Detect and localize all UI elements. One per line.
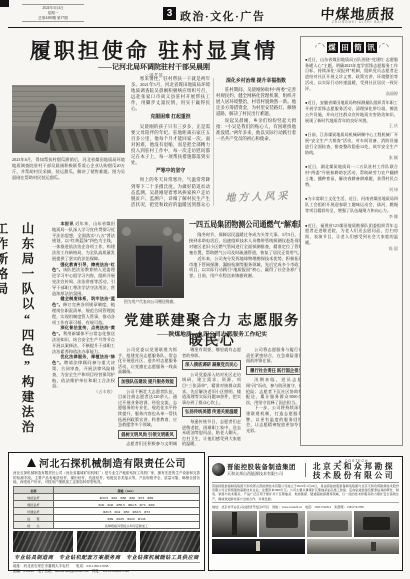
brief-item: ●为丰富职工文化生活，近日，河南省煤田地质局四队工会组织开展迎春职工趣味运动会，… — [305, 196, 398, 219]
paragraph: 公司党委以党建联建为抓手，组建党员志愿服务队，常态化开展进社区、进乡村志愿服务活… — [118, 347, 177, 375]
paragraph: 强化教育引导，擦亮法治“红色”。该队把法治教育纳入党委理论学习中心组学习内容，组… — [52, 262, 115, 297]
ad2-header: 晋能控股装备制造集团 天和众邦山西能源技术有限公司 ◣ COSTECH 北京天和… — [212, 459, 399, 483]
header-divider — [305, 463, 306, 477]
brief-text: ●近日，安徽省煤田地质局物探测量队组织青年职工开展学雷锋志愿服务活动，清理绿化带… — [305, 100, 398, 122]
article2-signoff: （占丰收） — [52, 389, 115, 395]
brief-item: ●近日，安徽省煤田地质局物探测量队组织青年职工开展学雷锋志愿服务活动，清理绿化带… — [305, 100, 398, 129]
lead-subhead-1: 克服困难 扛起重担 — [131, 115, 210, 121]
table-cell: 坑道钻杆 — [14, 508, 54, 515]
lead-photo-caption: 2023年6月，得知帮扶村甜瓜滞销后，河北省煤田地质局环境地质调查院驻村干部吴晨… — [12, 157, 125, 181]
drill-tower-photo — [212, 511, 257, 537]
article4-byline: □ 田双平 — [117, 338, 307, 344]
ad1-product-photos — [13, 531, 200, 552]
lead-text: 近年来，山东省煤田地质局一队深入学习宣传贯彻习近平法治思想，全面落实“八五”普法… — [52, 221, 115, 261]
table-cell: 煤田钻杆 — [14, 501, 54, 508]
article3-photo — [117, 219, 184, 298]
ad1-company-name: 河北石探机械制造有限责任公司 — [39, 455, 186, 470]
section-title: 政治·文化·广告 — [180, 8, 265, 24]
drill-rod-photo — [77, 531, 137, 552]
night-drilling-photo — [212, 539, 305, 554]
brief-item: ●近日，福建省121煤田地质勘探队团委组织青年志愿者走进敬老院，为老人们送去慰问… — [305, 223, 398, 252]
article4-boxed-subhead: 弘扬传统美德 传递关爱温暖 — [182, 407, 241, 417]
ad-costech: 晋能控股装备制造集团 天和众邦山西能源技术有限公司 ◣ COSTECH 北京天和… — [208, 456, 403, 571]
article4-boxed-subhead: 深入摸底调研 凝聚党员民心 — [182, 360, 241, 370]
ad1-contact-line-2: 邮编：050298 电子信箱：shitanchang@sohu.com 网址：w… — [13, 569, 200, 574]
briefs-decor-arc — [312, 40, 326, 54]
ad1-slogan: 专业钻具制造商 专业钻机配套方案服务商 专业钻探机械随钻工具供应商 — [13, 554, 200, 561]
lead-article-photo — [12, 85, 125, 153]
brief-item: ●近日，湖北煤炭地质局一二五队驻村工作队联合村“两委”开展春耕助农活动，帮助缺劳… — [305, 164, 398, 193]
article4-boxed-subhead: 加强队伍建设 提升服务效能 — [118, 377, 177, 387]
briefs-title-char: 煤 — [327, 42, 338, 53]
brief-text: ●近日，山东省煤田地质局五队围绕“党建红·志愿服务暖人心”主题，明确2023年度… — [305, 57, 398, 91]
paragraph: 寒来暑往，驻村帮扶一干就是两年多。2021年5月，河北省煤田地质局环境地质调查院… — [131, 76, 210, 113]
machine-unit-photo — [354, 511, 399, 537]
lead-tag: 本报讯 — [60, 221, 73, 226]
paragraph: 近年来，公司充分发挥地球物理勘探技术优势，积极拓展城市地下管网探测、漏损检测等服… — [189, 256, 307, 280]
table-row: 坑道钻杆Φ33.5 Φ42 Φ50 Φ63.5 Φ73 — [14, 508, 200, 515]
table-header-cell: 名称 — [14, 487, 54, 494]
brief-text: ●日前，江苏煤炭地质局机械研制中心工程机械厂开展“安全生产大排查”活动，对车间设… — [305, 132, 398, 154]
ad2-photo-row-1 — [212, 511, 399, 537]
article4-subtitle: ——陕煤地质一九四公司志愿服务工作纪实 — [117, 329, 307, 338]
table-row: 钻 铤Φ89 Φ105 Φ120 Φ146 — [14, 515, 200, 522]
lead-article-column-1: 寒来暑往，驻村帮扶一干就是两年多。2021年5月，河北省煤田地质局环境地质调查院… — [131, 76, 210, 208]
date-block: 2024年3月4日 星期一 总第4480期 第17期 — [22, 4, 84, 22]
article3-caption: 图为用户代表向公司赠送锦旗。 — [117, 300, 184, 305]
article4-boxed-subhead: 履行社会责任 践行国企担当 — [246, 366, 307, 376]
brief-signoff: 张 颖 — [305, 155, 398, 161]
paragraph: 说起吴晨刚，乡亲们纷纷竖起大拇指：“小吴是我们的贴心人，有困难找他准没错。”两年… — [216, 118, 296, 142]
table-cell: Φ33.5 Φ42 Φ50 Φ63.5 Φ73 — [53, 508, 199, 515]
ad2-photo-row-2 — [212, 539, 399, 554]
lead-subhead-3: 深化乡村治理 提升幸福指数 — [216, 79, 296, 85]
table-cell: Φ89 Φ105 Φ120 Φ146 — [53, 515, 199, 522]
photo-melon-sacks — [50, 129, 108, 151]
photo-wall-texture — [12, 85, 125, 126]
newspaper-page: 2024年3月4日 星期一 总第4480期 第17期 3 政治·文化·广告 中煤… — [0, 0, 410, 579]
briefs-box: 煤 田 简 讯 ●近日，山东省煤田地质局五队围绕“党建红·志愿服务暖人心”主题，… — [300, 36, 403, 446]
brief-item: ●日前，江苏煤炭地质局机械研制中心工程机械厂开展“安全生产大排查”活动，对车间设… — [305, 132, 398, 161]
ad2-org-line2: 天和众邦山西能源技术有限公司 — [227, 471, 302, 477]
paragraph: 驻村期间，吴晨刚协助村“两委”完善村规民约，健全网格化管理机制，组织开展人居环境… — [216, 87, 296, 117]
column-stamp: 地方人风采 — [219, 187, 297, 205]
table-row: 煤田钻杆Φ40 Φ46 Φ55.5 Φ63.5 Φ73 Φ89 — [14, 501, 200, 508]
briefs-title-char: 简 — [353, 42, 364, 53]
paragraph: 志愿者们还积极参与文明城市创建，开展环境整治、文明劝导等活动，用实际行动传播文明… — [118, 441, 177, 447]
briefs-decor-arc — [376, 40, 390, 54]
paragraph: 公司不断壮大志愿者队伍，目前注册志愿者达120余人。通过开展业务培训、经验交流，… — [118, 389, 177, 428]
article2-body: 本报讯 近年来，山东省煤田地质局一队深入学习宣传贯彻习近平法治思想，全面落实“八… — [52, 221, 115, 447]
paragraph: 隆冬时节，保障居民温暖过冬成为头等大事。3月5日，公司接到求助电话后，迅速组织技… — [189, 232, 307, 256]
table-cell: 接 头 — [14, 522, 54, 529]
paragraph: 本报讯 近年来，山东省煤田地质局一队深入学习宣传贯彻习近平法治思想，全面落实“八… — [52, 221, 115, 262]
lead-headline: 履职担使命 驻村显真情 — [12, 35, 296, 65]
page-number-badge: 3 — [163, 7, 176, 20]
brief-item: ●近日，山东省煤田地质局五队围绕“党建红·志愿服务暖人心”主题，明确2023年度… — [305, 57, 398, 97]
photo-person — [173, 233, 182, 242]
ad2-org-line1: 晋能控股装备制造集团 — [227, 462, 302, 471]
photo-banner-pennant — [135, 245, 163, 287]
paragraph: 健全制度体系，筑牢法治“蓝色”。修订完善各项规章制度，梳理岗位职责清单，规范合同… — [52, 296, 115, 325]
brief-signoff: 李 娜 — [305, 214, 398, 220]
paragraph: 汛期来临，党员志愿者闻“汛”而动，参与防汛值守、排水抢险；志愿者下沉社区协助物资… — [246, 377, 307, 405]
article4-column-2: 哪里有需要，哪里就有志愿者的身影。 深入摸底调研 凝聚党员民心 公司党委深入结对… — [182, 347, 241, 447]
crane-truck-photo — [307, 511, 352, 537]
paragraph: 下一步，公司将持续深化党建联建机制，打造志愿服务品牌，以更有温度的服务回馈社会，… — [246, 405, 307, 433]
drill-rig-photo — [259, 511, 304, 537]
briefs-title-char: 田 — [340, 42, 351, 53]
jinneng-logo-icon — [212, 463, 225, 476]
article2-vertical-headline: 山东局一队以“四色”构建法治工作新格局 — [14, 222, 40, 448]
table-cell: Φ40 Φ46 Φ55.5 Φ63.5 Φ73 Φ89 — [53, 501, 199, 508]
ad2-company-names: ◣ COSTECH 北京天和众邦勘探 技术股份有限公司 — [309, 459, 399, 480]
ad-hebei-shitan: 河北石探机械制造有限责任公司 河北石探机械制造有限责任公司（河北省藁城矿用机械厂… — [8, 452, 205, 571]
article4-column-1: 公司党委以党建联建为抓手，组建党员志愿服务队，常态化开展进社区、进乡村志愿服务活… — [118, 347, 177, 447]
company-logo-icon — [27, 458, 36, 467]
column-rule — [213, 78, 214, 206]
table-cell: 地质钻杆 — [14, 494, 54, 501]
paragraph: 公司将志愿服务与履行社会责任紧密结合，在急难险重任务面前冲锋在前。 — [246, 347, 307, 364]
table-cell: 各种规格异型接头均可定制加工 — [53, 522, 199, 529]
brief-signoff: 陈 晨 — [305, 246, 398, 252]
ad1-contact: 地址：河北省石家庄市藁城大丰屯村 电话：0311-88117058 邮编：050… — [13, 562, 200, 574]
masthead-subtitle: ZHONGMEI DIZHI BAO — [312, 20, 404, 24]
table-cell: 钻 铤 — [14, 515, 54, 522]
paragraph: 深化普法宣传，点亮法治“黄色”。利用新媒体平台常态化推送法治知识，结合安全生产月… — [52, 325, 115, 354]
table-row: 地质钻杆Φ33.5 Φ42 Φ50 Φ60 Φ73 Φ89 — [14, 494, 200, 501]
date-line-3: 总第4480期 第17期 — [22, 16, 84, 21]
table-header-cell: 规格（mm） — [53, 487, 199, 494]
ad2-name-line2: 技术股份有限公司 — [309, 472, 399, 481]
header-rule — [8, 27, 402, 28]
paragraph: 哪里有需要，哪里就有志愿者的身影。 — [182, 347, 241, 358]
drill-rod-photo — [140, 531, 200, 552]
drill-rod-photo — [13, 531, 73, 552]
brief-signoff: 王 庆 — [305, 123, 398, 129]
paragraph: 坝上的冬天异常寒冷，气温常常降到零下二十多摄氏度。为做好防返贫动态监测，吴晨刚迎… — [131, 177, 210, 208]
ad2-org-names: 晋能控股装备制造集团 天和众邦山西能源技术有限公司 — [227, 462, 302, 477]
article3-headline: 一四五局集团物测公司通燃气“解难题” — [189, 219, 290, 230]
scan-corner-mark — [0, 0, 9, 7]
article4-boxed-subhead: 倡树文明风尚 引领文明新风 — [118, 430, 177, 440]
brief-text: ●为丰富职工文化生活，近日，河南省煤田地质局四队工会组织开展迎春职工趣味运动会，… — [305, 196, 398, 212]
photo-person — [163, 227, 172, 236]
brief-text: ●近日，福建省121煤田地质勘探队团委组织青年志愿者走进敬老院，为老人们送去慰问… — [305, 223, 398, 245]
ad2-paragraph: 晋能控股装备制造集团天和众邦山西能源技术有限公司成立于2021年1月24日，是由… — [212, 484, 399, 501]
article3-body: 隆冬时节，保障居民温暖过冬成为头等大事。3月5日，公司接到求助电话后，迅速组织技… — [189, 232, 307, 299]
paragraph: 吴晨刚的孩子只有三岁多，正是需要父母陪伴的年纪。驻地距离石家庄五百多公里，他每个… — [131, 124, 210, 167]
table-cell: Φ33.5 Φ42 Φ50 Φ60 Φ73 Φ89 — [53, 494, 199, 501]
briefs-title-char: 讯 — [366, 42, 377, 53]
lead-article-column-2: 深化乡村治理 提升幸福指数 驻村期间，吴晨刚协助村“两委”完善村规民约，健全网格… — [216, 76, 296, 182]
ad2-contact: 地址：北京市平谷区兴谷经济开发区6号区 网址：www.costech.cn 电话… — [212, 502, 399, 509]
article4-column-3: 公司将志愿服务与履行社会责任紧密结合，在急难险重任务面前冲锋在前。 履行社会责任… — [246, 347, 307, 447]
ad1-spec-table: 名称 规格（mm） 地质钻杆Φ33.5 Φ42 Φ50 Φ60 Φ73 Φ89 … — [13, 486, 200, 529]
briefs-header: 煤 田 简 讯 — [305, 42, 398, 53]
paragraph: 公司党委深入结对社区走访调研，建立需求、资源、项目“三张清单”，精准对接群众需求… — [182, 372, 241, 406]
paragraph: 优化法律服务，厚植法治“绿色”。聘请法律顾问参与重大决策、合同审查，开展法律风险… — [52, 354, 115, 395]
photo-person — [122, 227, 131, 236]
ad1-title-row: 河北石探机械制造有限责任公司 — [13, 455, 200, 470]
field-site-photo — [307, 539, 400, 554]
lead-subtitle: ——记河北局环调院驻村干部吴晨刚 — [12, 62, 296, 72]
brief-text: ●近日，湖北煤炭地质局一二五队驻村工作队联合村“两委”开展春耕助农活动，帮助缺劳… — [305, 164, 398, 186]
table-row: 接 头各种规格异型接头均可定制加工 — [14, 522, 200, 529]
paragraph: 每逢传统节日，志愿者们走进敬老院、困难职工家中，送去米面油等慰问品，陪老人聊天、… — [182, 419, 241, 447]
lead-subhead-2: 严寒中的坚守 — [131, 169, 210, 175]
brief-signoff: 高丽婷 — [305, 91, 398, 97]
ad1-paragraph: 河北石探机械制造有限责任公司（河北省藁城矿用机械厂）是专业生产地质钻探工具的厂家… — [13, 471, 200, 485]
brief-signoff: 刘 炜 — [305, 187, 398, 193]
